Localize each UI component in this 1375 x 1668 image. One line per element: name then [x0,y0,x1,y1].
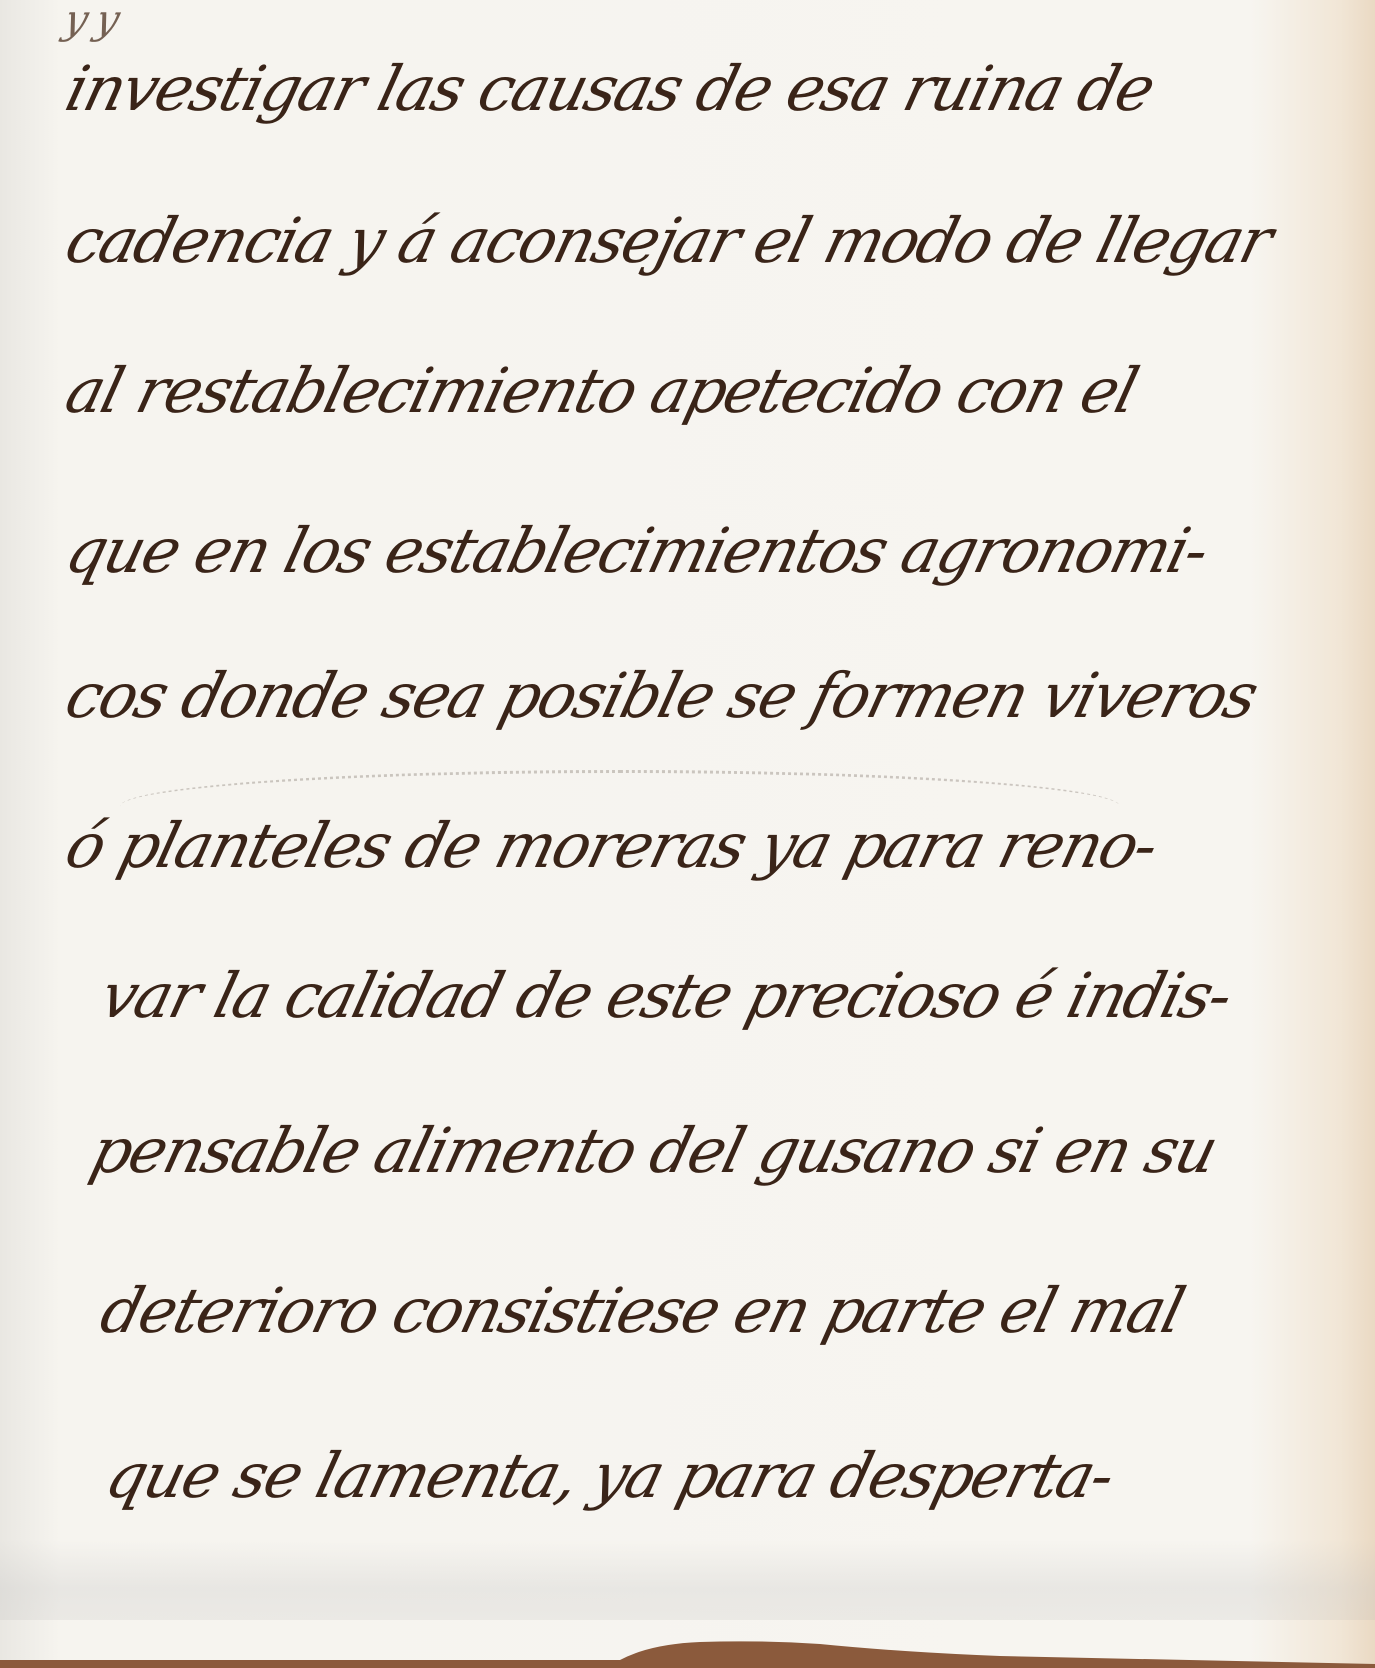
manuscript-line-10: que se lamenta, ya para desperta- [100,1445,1119,1507]
manuscript-line-7: var la calidad de este precioso é indis- [95,965,1237,1027]
page-fold-shadow [0,1540,1375,1620]
page-bottom-edge [0,1638,1375,1668]
manuscript-line-2: cadencia y á aconsejar el modo de llegar [60,210,1277,272]
top-line-fragment: y y [60,0,122,40]
manuscript-line-4: que en los establecimientos agronomi- [60,520,1213,582]
manuscript-line-1: investigar las causas de esa ruina de [60,58,1159,120]
manuscript-line-6: ó planteles de moreras ya para reno- [60,815,1162,877]
manuscript-line-9: deterioro consistiese en parte el mal [95,1280,1189,1342]
manuscript-line-3: al restablecimiento apetecido con el [60,360,1142,422]
manuscript-page: y y investigar las causas de esa ruina d… [0,0,1375,1668]
manuscript-line-8: pensable alimento del gusano si en su [85,1120,1222,1182]
manuscript-line-5: cos donde sea posible se formen viveros [60,665,1262,727]
